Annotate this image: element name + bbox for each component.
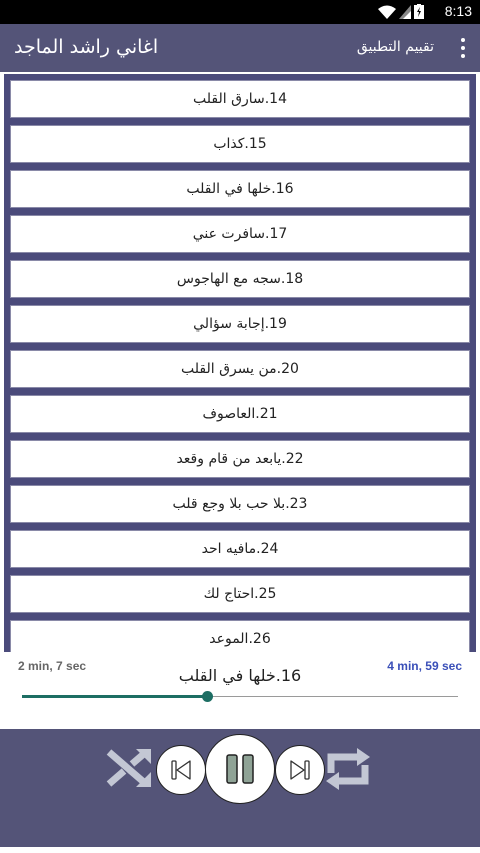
now-playing-title: 16.خلها في القلب	[0, 666, 480, 685]
next-icon	[288, 758, 312, 782]
pause-icon	[224, 753, 256, 785]
app-bar: اغاني راشد الماجد تقييم التطبيق	[0, 24, 480, 72]
song-item[interactable]: 20.من يسرق القلب	[10, 350, 470, 388]
status-icons	[378, 4, 424, 19]
status-bar: 8:13	[0, 0, 480, 24]
song-item[interactable]: 16.خلها في القلب	[10, 170, 470, 208]
next-button[interactable]	[275, 745, 325, 795]
seek-bar[interactable]	[22, 690, 458, 704]
player-controls	[0, 729, 480, 847]
battery-charging-icon	[414, 4, 424, 19]
song-item[interactable]: 21.العاصوف	[10, 395, 470, 433]
seek-progress	[22, 695, 207, 698]
song-item[interactable]: 17.سافرت عني	[10, 215, 470, 253]
app-title: اغاني راشد الماجد	[14, 36, 158, 58]
song-item[interactable]: 22.يابعد من قام وقعد	[10, 440, 470, 478]
rate-app-button[interactable]: تقييم التطبيق	[357, 39, 434, 55]
clock: 8:13	[445, 3, 472, 19]
song-item[interactable]: 24.مافيه احد	[10, 530, 470, 568]
previous-icon	[169, 758, 193, 782]
overflow-menu-icon[interactable]	[460, 38, 466, 58]
wifi-icon	[378, 5, 396, 19]
song-list: 14.سارق القلب 15.كذاب 16.خلها في القلب 1…	[10, 80, 470, 652]
bottom-edge	[0, 847, 480, 853]
shuffle-icon[interactable]	[106, 747, 152, 789]
pause-button[interactable]	[205, 734, 275, 804]
song-item[interactable]: 23.بلا حب بلا وجع قلب	[10, 485, 470, 523]
seek-thumb[interactable]	[202, 691, 213, 702]
signal-icon	[399, 5, 411, 19]
song-item[interactable]: 14.سارق القلب	[10, 80, 470, 118]
song-item[interactable]: 19.إجابة سؤالي	[10, 305, 470, 343]
song-item[interactable]: 15.كذاب	[10, 125, 470, 163]
song-item[interactable]: 26.الموعد	[10, 620, 470, 652]
repeat-icon[interactable]	[325, 747, 371, 791]
song-item[interactable]: 18.سجه مع الهاجوس	[10, 260, 470, 298]
previous-button[interactable]	[156, 745, 206, 795]
song-item[interactable]: 25.احتاج لك	[10, 575, 470, 613]
song-list-container[interactable]: 14.سارق القلب 15.كذاب 16.خلها في القلب 1…	[4, 74, 476, 652]
